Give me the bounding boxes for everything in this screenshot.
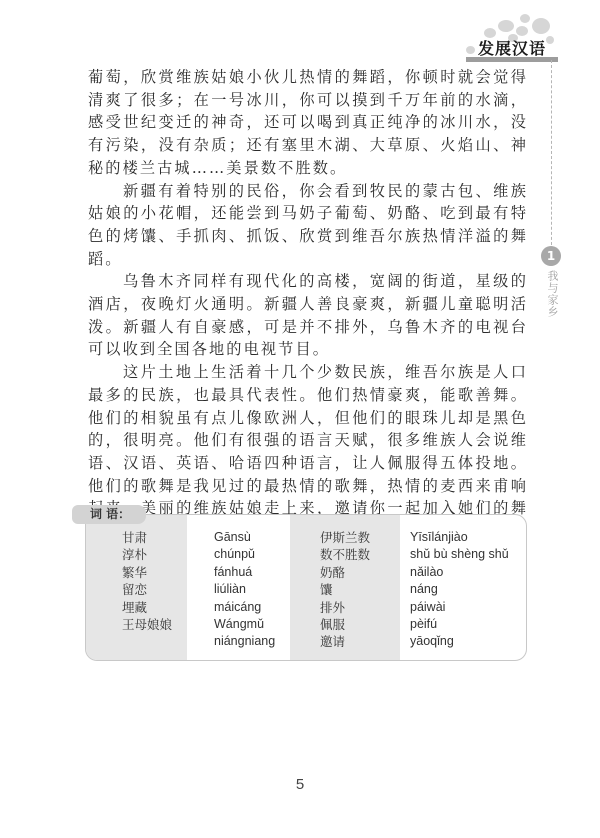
vocab-column-hanzi: 伊斯兰教 数不胜数 奶酪 馕 排外 佩服 邀请 (290, 515, 400, 660)
vocab-pinyin: yāoqǐng (410, 633, 526, 650)
decor-dot (532, 18, 550, 34)
vocab-word: 佩服 (320, 616, 400, 633)
vocab-word: 甘肃 (122, 529, 187, 546)
vocab-word: 繁华 (122, 564, 187, 581)
vocab-pinyin: páiwài (410, 599, 526, 616)
vocab-column-hanzi: 甘肃 淳朴 繁华 留恋 埋藏 王母娘娘 (86, 515, 187, 660)
page-number: 5 (0, 776, 600, 793)
decor-dot (516, 26, 528, 36)
vocab-pinyin: Yīsīlánjiào (410, 529, 526, 546)
vocab-word: 馕 (320, 581, 400, 598)
vocab-pinyin: niángniang (214, 633, 290, 650)
vocab-word: 排外 (320, 599, 400, 616)
decor-dot (466, 46, 475, 54)
vocabulary-label: 词 语： (72, 505, 146, 524)
vocab-pinyin: pèifú (410, 616, 526, 633)
vocab-word: 伊斯兰教 (320, 529, 400, 546)
vocab-column-pinyin: Yīsīlánjiào shǔ bù shèng shǔ nǎilào náng… (400, 515, 526, 660)
decor-dot (498, 20, 514, 32)
vocab-pinyin: Wángmǔ (214, 616, 290, 633)
vocab-word: 奶酪 (320, 564, 400, 581)
vocab-pinyin: máicáng (214, 599, 290, 616)
vocab-word: 埋藏 (122, 599, 187, 616)
vocab-word: 邀请 (320, 633, 400, 650)
book-title: 发展汉语 (478, 36, 546, 59)
vocab-word: 数不胜数 (320, 546, 400, 563)
vocab-pinyin: náng (410, 581, 526, 598)
vocab-pinyin: chúnpǔ (214, 546, 290, 563)
vocab-pinyin: fánhuá (214, 564, 290, 581)
decor-dot (520, 14, 530, 23)
decor-dot (546, 36, 554, 44)
vocab-word: 留恋 (122, 581, 187, 598)
paragraph: 新疆有着特别的民俗，你会看到牧民的蒙古包、维族姑娘的小花帽，还能尝到马奶子葡萄、… (88, 180, 528, 271)
margin-dashed-line (551, 60, 552, 250)
page-header: 发展汉语 (0, 0, 600, 70)
vocabulary-box: 甘肃 淳朴 繁华 留恋 埋藏 王母娘娘 Gānsù chúnpǔ fánhuá … (85, 514, 527, 661)
vocab-column-pinyin: Gānsù chúnpǔ fánhuá liúliàn máicáng Wáng… (187, 515, 290, 660)
vocab-pinyin: liúliàn (214, 581, 290, 598)
vocab-pinyin: nǎilào (410, 564, 526, 581)
chapter-number-badge: 1 (541, 246, 561, 266)
vocab-pinyin: shǔ bù shèng shǔ (410, 546, 526, 563)
paragraph: 乌鲁木齐同样有现代化的高楼，宽阔的街道，星级的酒店，夜晚灯火通明。新疆人善良豪爽… (88, 270, 528, 361)
vocab-pinyin: Gānsù (214, 529, 290, 546)
paragraph: 葡萄，欣赏维族姑娘小伙儿热情的舞蹈，你顿时就会觉得清爽了很多；在一号冰川，你可以… (88, 66, 528, 180)
vocab-word: 王母娘娘 (122, 616, 187, 633)
vocab-word: 淳朴 (122, 546, 187, 563)
chapter-title: 我与家乡 (543, 270, 559, 318)
header-bar (466, 57, 558, 62)
